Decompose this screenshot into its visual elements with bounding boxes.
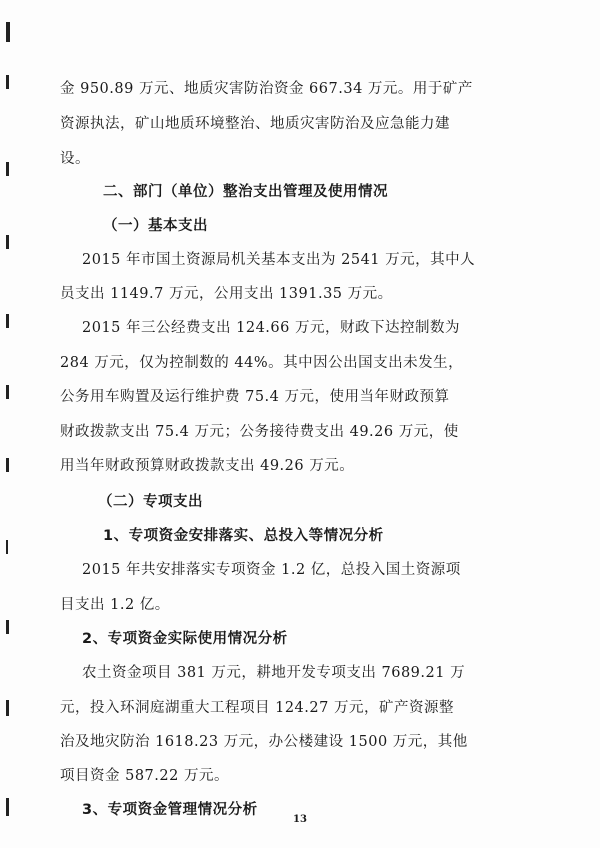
binding-mark — [6, 22, 10, 42]
body-line: 目支出 1.2 亿。 — [60, 593, 170, 614]
body-line: 2015 年共安排落实专项资金 1.2 亿，总投入国土资源项 — [82, 558, 461, 579]
section-heading: 二、部门（单位）整治支出管理及使用情况 — [103, 180, 388, 201]
body-line: 设。 — [60, 147, 90, 168]
body-line: 财政拨款支出 75.4 万元；公务接待费支出 49.26 万元，使 — [60, 420, 459, 441]
body-line: 2015 年市国土资源局机关基本支出为 2541 万元，其中人 — [82, 248, 475, 269]
body-line: 元，投入环洞庭湖重大工程项目 124.27 万元，矿产资源整 — [60, 696, 454, 717]
subsection-heading: （一）基本支出 — [103, 214, 208, 235]
subsection-heading: （二）专项支出 — [98, 490, 203, 511]
binding-mark — [6, 385, 9, 399]
page-number: 13 — [0, 814, 600, 825]
binding-mark — [6, 540, 8, 554]
subsection-heading: 2、专项资金实际使用情况分析 — [82, 627, 288, 648]
body-line: 治及地灾防治 1618.23 万元，办公楼建设 1500 万元，其他 — [60, 730, 468, 751]
body-line: 284 万元，仅为控制数的 44%。其中因公出国支出未发生， — [60, 351, 463, 372]
subsection-heading: 1、专项资金安排落实、总投入等情况分析 — [103, 524, 384, 545]
body-line: 农土资金项目 381 万元，耕地开发专项支出 7689.21 万 — [82, 661, 465, 682]
body-line: 资源执法，矿山地质环境整治、地质灾害防治及应急能力建 — [60, 112, 450, 133]
binding-mark — [6, 314, 9, 328]
binding-mark — [6, 75, 9, 89]
binding-mark — [6, 235, 9, 249]
binding-mark — [6, 700, 9, 716]
body-line: 2015 年三公经费支出 124.66 万元，财政下达控制数为 — [82, 316, 460, 337]
binding-mark — [6, 162, 9, 176]
body-line: 员支出 1149.7 万元，公用支出 1391.35 万元。 — [60, 282, 393, 303]
body-line: 项目资金 587.22 万元。 — [60, 764, 229, 785]
body-line: 用当年财政预算财政拨款支出 49.26 万元。 — [60, 454, 354, 475]
binding-mark — [6, 458, 9, 472]
body-line: 金 950.89 万元、地质灾害防治资金 667.34 万元。用于矿产 — [60, 77, 473, 98]
binding-mark — [6, 620, 9, 634]
body-line: 公务用车购置及运行维护费 75.4 万元，使用当年财政预算 — [60, 385, 450, 406]
